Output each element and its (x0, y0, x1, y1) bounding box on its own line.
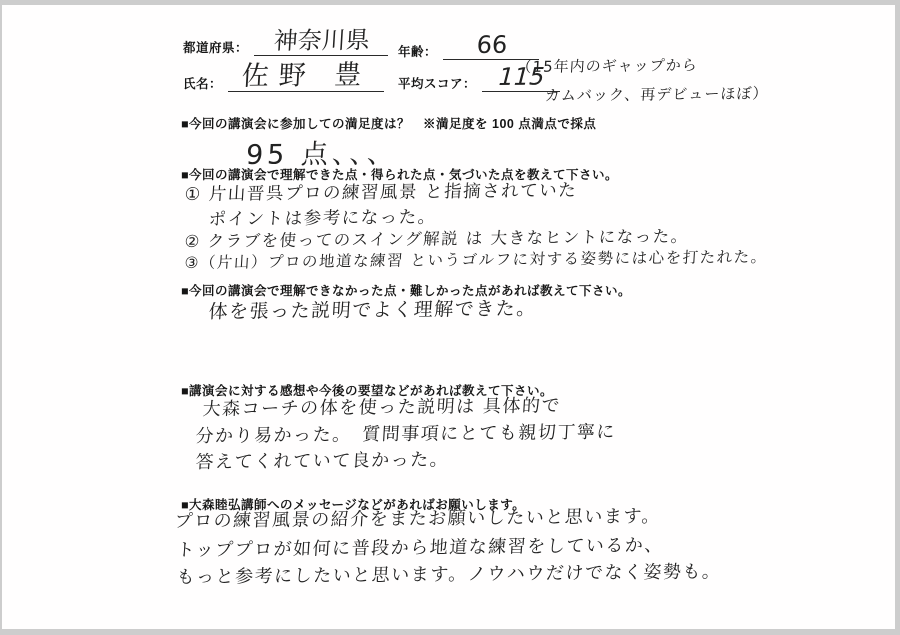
q2-answer-line-1: ① 片山晋呉プロの練習風景 と指摘されていた (184, 183, 578, 205)
prefecture-value: 神奈川県 (273, 30, 370, 53)
q4-answer-line-2: 分かり易かった。 質問事項にとても親切丁寧に (195, 424, 616, 446)
q5-answer-line-2: トッププロが如何に普段から地道な練習をしているか、 (176, 537, 664, 560)
name-label: 氏名： (183, 74, 222, 92)
name-value: 佐野 豊 (241, 64, 372, 90)
q3-answer-line-1: 体を張った説明でよく理解できた。 (208, 300, 537, 322)
q2-answer-line-2: ポイントは参考になった。 (208, 210, 437, 230)
q2-answer-line-3: ② クラブを使ってのスイング解説 は 大きなヒントになった。 (184, 229, 689, 251)
score-note-line-1: （15年内のギャップから (516, 50, 771, 81)
q2-answer-line-4: ③（片山）プロの地道な練習 というゴルフに対する姿勢には心を打たれた。 (184, 250, 768, 272)
q5-answer-line-1: プロの練習風景の紹介をまたお願いしたいと思います。 (174, 508, 661, 531)
name-underline: 佐野 豊 (228, 65, 384, 92)
prefecture-field: 都道府県： 神奈川県 (183, 31, 388, 56)
scanned-feedback-form: 都道府県： 神奈川県 年齢： 66 氏名： 佐野 豊 平均スコア： 115 （1… (0, 0, 900, 635)
prefecture-label: 都道府県： (183, 38, 248, 56)
age-label: 年齢： (398, 42, 437, 60)
average-score-label: 平均スコア： (398, 74, 476, 92)
q4-answer-line-1: 大森コーチの体を使った説明は 具体的で (202, 397, 562, 419)
q3-difficult-label: ■今回の講演会で理解できなかった点・難しかった点があれば教えて下さい。 (181, 281, 631, 299)
q1-satisfaction-label: ■今回の講演会に参加しての満足度は？ ※満足度を 100 点満点で採点 (181, 114, 596, 132)
age-value: 66 (476, 35, 508, 57)
prefecture-underline: 神奈川県 (254, 31, 388, 56)
score-note: （15年内のギャップから カムバック、再デビューほぼ） (514, 50, 771, 110)
q4-answer-line-3: 答えてくれていて良かった。 (195, 451, 450, 472)
q5-answer-line-3: もっと参考にしたいと思います。ノウハウだけでなく姿勢も。 (176, 563, 722, 587)
score-note-line-2: カムバック、再デビューほぼ） (514, 79, 769, 110)
name-field: 氏名： 佐野 豊 (183, 65, 384, 92)
